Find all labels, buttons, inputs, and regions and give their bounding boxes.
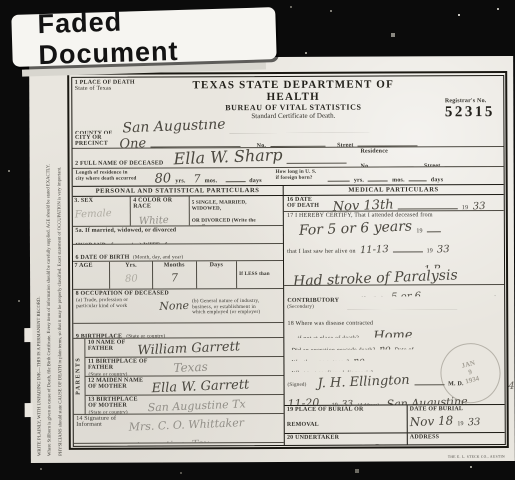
certificate-paper: WRITE PLAINLY, WITH UNFADING INK—THIS IS… [29,56,515,463]
mother-value: Ella W. Garrett [151,377,249,395]
cause-value: Had stroke of Paralysis [293,267,458,285]
father-name-row: 10 NAME OF FATHER William Garrett [85,337,284,357]
state-of-texas-label: State of Texas [75,86,165,93]
age-yrs-header: Yrs. [112,262,149,269]
occupation-label: 8 OCCUPATION OF DECEASED [76,289,281,297]
registrar-no-value: 52315 [445,104,495,121]
occupation-value: None [159,299,189,313]
birthplace-row: 9 BIRTHPLACE (State or country) San Augu… [73,322,284,338]
faded-document-label-text: Faded Document [11,2,277,72]
us-yrs-label: yrs. [354,177,364,183]
full-name-label: 2 FULL NAME OF DECEASED [75,160,163,166]
dob-row: 6 DATE OF BIRTH (Month, day, and year) A… [72,243,283,261]
age-months-value: 7 [170,272,178,285]
age-months-header: Months [155,262,194,269]
marital-label-1: 5 SINGLE, MARRIED, WIDOWED, [192,200,267,212]
dod-value: Nov 13th [333,197,394,212]
where-label-1: 18 Where was disease contracted [287,320,500,328]
length-residence-row: Length of residence in city where death … [72,166,503,185]
marginalia-mark: 4 [508,381,514,392]
age-row: 7 AGE Yrs. 80 Months 7 Days [73,260,284,289]
undertaker-address-label: ADDRESS [410,433,503,440]
sign-date-value: 11-20 [288,396,320,405]
header-top: 1 PLACE OF DEATH State of Texas TEXAS ST… [72,75,503,120]
occupation-a2: particular kind of work [76,304,128,310]
faded-document-label: Faded Document [11,7,276,67]
burial-year-value: 33 [468,417,481,428]
parents-block: PARENTS 10 NAME OF FATHER William Garret… [73,337,284,414]
filed-row: 15 FILED 1-2 19 34 Laura Hunter Registra… [73,442,284,445]
mother-bp-value: San Augustine Tx [147,397,245,414]
sign-year-value: 33 [342,399,354,404]
certify-year-prefix: 19 [416,229,422,235]
occupation-row: 8 OCCUPATION OF DECEASED (a) Trade, prof… [73,288,284,323]
spouse-row: 5a. If married, widowed, or divorced HUS… [72,225,283,244]
informant-row: 14 Signature of Informant Mrs. C. O. Whi… [73,413,284,443]
department-title: TEXAS STATE DEPARTMENT OF HEALTH [165,78,422,103]
margin-line: WRITE PLAINLY, WITH UNFADING INK—THIS IS… [35,150,44,456]
film-noise [0,0,2,2]
burial-date-value: Nov 18 [409,414,453,430]
age-days-header: Days [199,262,234,269]
burial-label-1: 19 PLACE OF BURIAL OR [287,406,405,413]
dod-label-2: OF DEATH [287,203,319,210]
us-mos-label: mos. [392,177,405,183]
stamp-year: 1934 [464,375,479,386]
length-mos-value: 7 [193,172,201,185]
informant-value: Mrs. C. O. Whittaker [128,416,244,434]
full-name-row: 2 FULL NAME OF DECEASED Ella W. Sharp Re… [72,146,503,168]
father-label-2: FATHER [88,346,126,353]
certify-text: 17 I HEREBY CERTIFY, That I attended dec… [287,212,500,220]
yrs-label: yrs. [175,178,185,184]
margin-instructions: WRITE PLAINLY, WITH UNFADING INK—THIS IS… [32,64,66,456]
medical-section-title: MEDICAL PARTICULARS [283,184,503,194]
father-bp-label-1: 11 BIRTHPLACE OF [88,358,148,365]
burial-row: 19 PLACE OF BURIAL OR REMOVAL Garrett Ce… [285,403,504,432]
registrar-number-block: Registrar's No. 52315 [445,98,495,122]
cause-row: Had stroke of Paralysis [284,267,503,285]
informant-label-2: Informant [76,422,116,429]
burial-date-label: DATE OF BURIAL [410,405,503,412]
personal-section-title: PERSONAL AND STATISTICAL PARTICULARS [72,185,283,195]
signed-label: (Signed) [288,382,307,388]
age-yrs-value: 80 [124,274,137,285]
father-birthplace-row: 11 BIRTHPLACE OF FATHER (State or countr… [85,356,284,376]
lastsaw-year-value: 33 [437,244,450,255]
margin-line: PHYSICIANS should state CAUSE OF DEATH i… [55,150,64,456]
days-label: days [249,178,262,184]
certificate-content: Registrar's No. 52315 1 PLACE OF DEATH S… [71,74,506,446]
burial-year-prefix: 19 [457,421,463,427]
sex-value: Female [74,208,111,220]
undertaker-value: Nora Brown & Co [287,442,387,446]
father-bp-value: Texas [173,359,208,374]
scanned-death-certificate: Faded Document WRITE PLAINLY, WITH UNFAD… [0,0,515,480]
sign-year-prefix: 19 [332,402,338,404]
margin-line: Where Stillborn is given as cause of Dea… [45,150,54,456]
physician-signature: J. H. Ellington [318,372,411,391]
marital-label-2: OR DIVORCED (Write the word) [192,218,267,225]
precinct-value: One [120,136,147,149]
residence-label: Residence [360,148,486,155]
medical-column: JAN 9 1934 16 DATE OF DEATH Nov 13th 19 [283,194,504,444]
sex-race-marital-row: 3. SEX Female 4 COLOR OR RACE White 5 SI… [72,195,283,226]
race-value: White [139,215,169,225]
age-note-1: If LESS than [239,271,270,277]
mos-label: mos. [205,178,218,184]
howlong-label-2: if foreign born? [276,176,317,182]
us-days-label: days [431,177,444,183]
length-residence-label-1: Length of residence in [75,170,136,176]
contributory-label: CONTRIBUTORY [287,297,339,304]
race-label: 4 COLOR OR RACE [133,197,187,211]
lastsaw-value: 11-13 [360,244,389,256]
certify-hw-value: For 5 or 6 years [299,219,413,239]
parents-vertical-label: PARENTS [75,357,81,395]
length-yrs-value: 80 [154,171,171,186]
precinct-label: PRECINCT [75,141,108,148]
lastsaw-text: that I last saw her alive on [287,249,356,255]
mother-name-row: 12 MAIDEN NAME OF MOTHER Ella W. Garrett [85,375,284,395]
dob-label: 6 DATE OF BIRTH [75,254,129,260]
length-residence-label-2: city where death occurred [75,176,136,182]
full-name-value: Ella W. Sharp [173,146,283,167]
printer-imprint: THE E. L. STECK CO., AUSTIN [448,455,505,459]
paper-edge-tab [25,403,33,417]
spouse-label-1: 5a. If married, widowed, or divorced [75,226,280,234]
father-bp-label-2: FATHER [88,365,148,372]
lastsaw-year-prefix: 19 [427,249,433,255]
certificate-border: Registrar's No. 52315 1 PLACE OF DEATH S… [67,71,509,450]
county-value: San Augustine [122,118,226,133]
mother-label-2: OF MOTHER [88,384,143,391]
howlong-label-1: How long in U. S. [276,169,317,175]
undertaker-row: 20 UNDERTAKER Nora Brown & Co ADDRESS [285,431,504,446]
paper-edge-tab [24,328,32,342]
age-label: 7 AGE [75,262,108,269]
undertaker-label: 20 UNDERTAKER [287,434,405,441]
contributory-row: CONTRIBUTORY (Secondary) [284,295,503,309]
personal-column: 3. SEX Female 4 COLOR OR RACE White 5 SI… [72,195,284,445]
certify-block: 17 I HEREBY CERTIFY, That I attended dec… [284,210,504,268]
where-contracted-row: 18 Where was disease contracted if not a… [284,318,503,337]
dob-sub-label: (Month, day, and year) [133,254,183,260]
sex-label: 3. SEX [74,197,128,204]
father-value: William Garrett [137,339,240,357]
burial-label-2: REMOVAL [287,422,319,428]
occupation-b3: which employed (or employer) [193,310,261,316]
date-of-death-row: 16 DATE OF DEATH Nov 13th 19 33 [284,194,503,211]
mother-bp-label-2: OF MOTHER [88,403,138,410]
mother-birthplace-row: 13 BIRTHPLACE OF MOTHER (State or countr… [85,394,284,414]
